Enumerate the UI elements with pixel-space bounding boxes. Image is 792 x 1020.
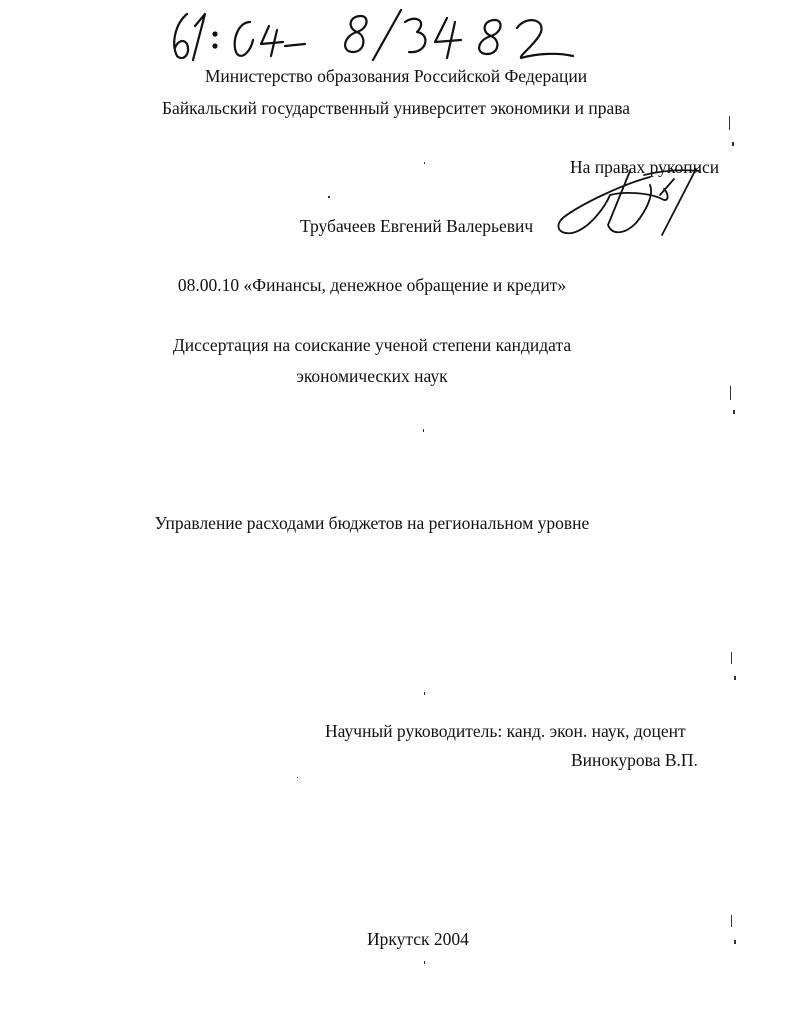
supervisor-name: Винокурова В.П. (571, 750, 698, 770)
degree-line-1: Диссертация на соискание ученой степени … (0, 335, 768, 355)
dissertation-title-page: 61: 04- 8/3482 (0, 0, 792, 1020)
scan-mark (423, 429, 424, 432)
scan-mark (328, 196, 330, 198)
scan-mark (424, 961, 425, 964)
author-name: Трубачеев Евгений Валерьевич (300, 216, 533, 236)
supervisor-label: Научный руководитель: канд. экон. наук, … (325, 721, 686, 741)
scan-mark (733, 410, 735, 414)
handwritten-archive-code: 61: 04- 8/3482 (165, 4, 585, 64)
scan-mark (734, 676, 736, 680)
scan-mark (731, 915, 732, 927)
dissertation-title: Управление расходами бюджетов на региона… (0, 513, 768, 533)
scan-mark (297, 777, 298, 778)
specialty-code: 08.00.10 «Финансы, денежное обращение и … (0, 275, 768, 295)
scan-mark (424, 692, 425, 695)
scan-mark (424, 162, 425, 164)
scan-mark (730, 386, 731, 400)
university-name: Байкальский государственный университет … (0, 98, 792, 118)
signature-icon (550, 165, 720, 245)
city-year: Иркутск 2004 (367, 929, 469, 949)
scan-mark (734, 940, 736, 944)
scan-mark (729, 116, 730, 130)
degree-line-2: экономических наук (0, 366, 768, 386)
ministry-name: Министерство образования Российской Феде… (0, 66, 792, 86)
scan-mark (732, 142, 734, 146)
scan-mark (731, 652, 732, 664)
